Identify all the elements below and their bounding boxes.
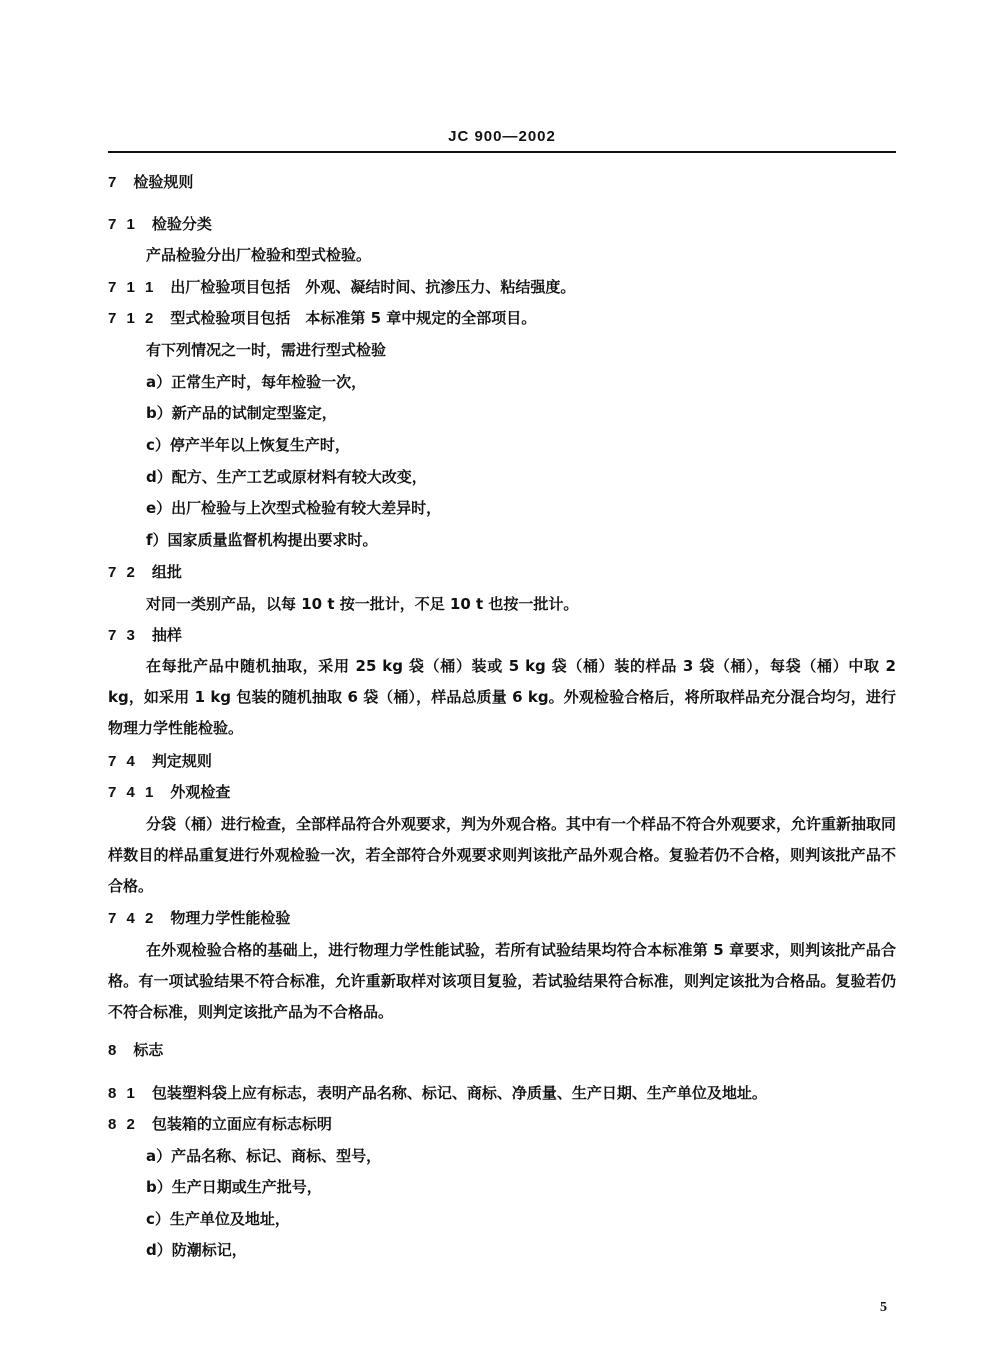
- list-item: f）国家质量监督机构提出要求时。: [146, 530, 378, 550]
- clause-text: 包装箱的立面应有标志标明: [152, 1115, 332, 1133]
- clause-8-2: 8 2包装箱的立面应有标志标明: [108, 1114, 332, 1135]
- section-number: 7 1 2: [108, 309, 156, 329]
- heading-8: 8标志: [108, 1040, 163, 1061]
- section-number: 7 4: [108, 752, 138, 772]
- list-item: e）出厂检验与上次型式检验有较大差异时，: [146, 498, 441, 518]
- clause-text: 型式检验项目包括 本标准第 5 章中规定的全部项目。: [170, 309, 536, 327]
- list-item: d）配方、生产工艺或原材料有较大改变，: [146, 467, 427, 487]
- heading-7-4-2: 7 4 2物理力学性能检验: [108, 908, 290, 929]
- clause-7-1-1: 7 1 1出厂检验项目包括 外观、凝结时间、抗渗压力、粘结强度。: [108, 277, 575, 298]
- list-item: c）生产单位及地址，: [146, 1209, 290, 1229]
- section-number: 7 2: [108, 563, 138, 583]
- header-rule: [108, 151, 896, 153]
- list-item: a）产品名称、标记、商标、型号，: [146, 1146, 381, 1166]
- para-7-3: 在每批产品中随机抽取，采用 25 kg 袋（桶）装或 5 kg 袋（桶）装的样品…: [108, 651, 896, 744]
- clause-7-1-2: 7 1 2型式检验项目包括 本标准第 5 章中规定的全部项目。: [108, 308, 536, 329]
- section-number: 8 1: [108, 1084, 138, 1104]
- section-number: 7 4 1: [108, 783, 156, 803]
- para-7-4-2: 在外观检验合格的基础上，进行物理力学性能试验，若所有试验结果均符合本标准第 5 …: [108, 935, 896, 1028]
- section-title: 抽样: [152, 626, 182, 644]
- clause-text: 包装塑料袋上应有标志，表明产品名称、标记、商标、净质量、生产日期、生产单位及地址…: [152, 1084, 767, 1102]
- list-item: a）正常生产时，每年检验一次，: [146, 372, 366, 392]
- page-number: 5: [880, 1300, 887, 1316]
- section-number: 7 1 1: [108, 278, 156, 298]
- section-number: 7 1: [108, 215, 138, 235]
- heading-7-1: 7 1检验分类: [108, 214, 212, 235]
- section-number: 8 2: [108, 1115, 138, 1135]
- heading-7-3: 7 3抽样: [108, 625, 182, 646]
- list-item: b）生产日期或生产批号，: [146, 1177, 322, 1197]
- heading-7-2: 7 2组批: [108, 562, 182, 583]
- heading-7: 7检验规则: [108, 172, 193, 193]
- heading-7-4-1: 7 4 1外观检查: [108, 782, 230, 803]
- para-7-2: 对同一类别产品，以每 10 t 按一批计，不足 10 t 也按一批计。: [146, 594, 578, 614]
- section-number: 8: [108, 1041, 119, 1061]
- section-title: 标志: [133, 1041, 163, 1059]
- section-title: 检验规则: [133, 173, 193, 191]
- para-7-1: 产品检验分出厂检验和型式检验。: [146, 245, 371, 265]
- standard-code-header: JC 900—2002: [108, 128, 896, 145]
- clause-8-1: 8 1包装塑料袋上应有标志，表明产品名称、标记、商标、净质量、生产日期、生产单位…: [108, 1083, 767, 1104]
- section-title: 外观检查: [170, 783, 230, 801]
- section-number: 7 3: [108, 626, 138, 646]
- section-title: 判定规则: [152, 752, 212, 770]
- section-number: 7: [108, 173, 119, 193]
- section-title: 检验分类: [152, 215, 212, 233]
- section-number: 7 4 2: [108, 909, 156, 929]
- heading-7-4: 7 4判定规则: [108, 751, 212, 772]
- list-item: d）防潮标记，: [146, 1240, 247, 1260]
- para-7-4-1: 分袋（桶）进行检查，全部样品符合外观要求，判为外观合格。其中有一个样品不符合外观…: [108, 809, 896, 902]
- para-7-1-2-intro: 有下列情况之一时，需进行型式检验: [146, 340, 386, 360]
- clause-text: 出厂检验项目包括 外观、凝结时间、抗渗压力、粘结强度。: [170, 278, 575, 296]
- section-title: 物理力学性能检验: [170, 909, 290, 927]
- list-item: c）停产半年以上恢复生产时，: [146, 435, 350, 455]
- section-title: 组批: [152, 563, 182, 581]
- list-item: b）新产品的试制定型鉴定，: [146, 403, 337, 423]
